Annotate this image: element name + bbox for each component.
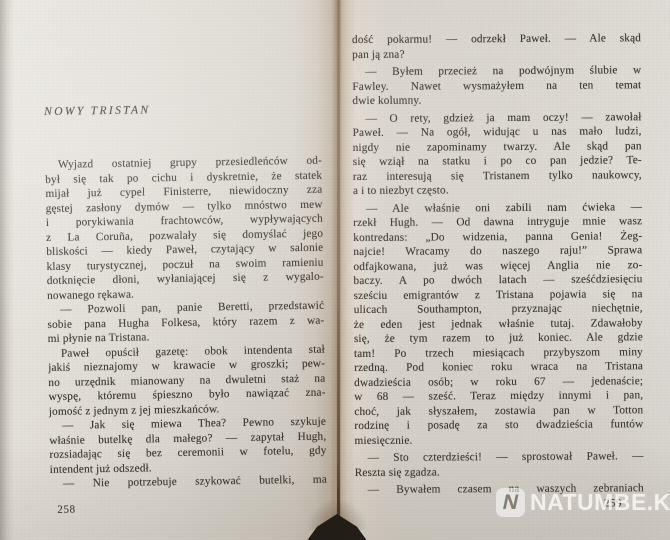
photo-left-edge-shadow — [0, 0, 14, 540]
paragraph: — O rety, gdzież ja mam oczy! — zawołałP… — [352, 110, 642, 199]
page-number-left: 258 — [57, 504, 75, 516]
text-line: baczy. A po dwóch latach — sześćdziesięc… — [353, 272, 642, 288]
paragraph: Paweł opuścił gazetę: obok intendenta st… — [48, 342, 326, 419]
paragraph: Wyjazd ostatniej grupy przesiedleńców od… — [45, 154, 324, 303]
text-line: — Byłem przecież na podwójnym ślubie w — [352, 63, 641, 79]
text-line: w 68 — sześć. Teraz między innymi i pan, — [354, 388, 643, 404]
watermark: N NATUMBE.KZ — [496, 488, 670, 517]
book-photo: NOWY TRISTAN Wyjazd ostatniej grupy prze… — [0, 0, 670, 540]
text-line: pan ją zna? — [352, 46, 641, 62]
text-line: Reszta się zgadza. — [355, 464, 644, 480]
text-line: Paweł. — Na ogół, widując u nas mało lud… — [353, 124, 642, 140]
paragraph: — Ale właśnie oni zabili nam ćwieka —rze… — [353, 200, 644, 448]
text-line: ulicach Southampton, przyznając niechętn… — [354, 301, 643, 317]
text-line: — Sto czterdzieści! — sprostował Paweł. … — [355, 449, 644, 465]
text-line: Fawley. Nawet wysmażyłem na ten temat — [352, 78, 641, 94]
text-line: miesięcznie. — [354, 432, 643, 448]
text-line: najcie! Wracamy do naszego raju!” Sprawa — [353, 243, 642, 259]
right-page-paragraphs: dość pokarmu! — odrzekł Paweł. — Ale ską… — [352, 31, 644, 497]
gutter-crease-line — [337, 0, 340, 540]
right-page-text-block: dość pokarmu! — odrzekł Paweł. — Ale ską… — [352, 31, 644, 497]
text-line: dwie kolumny. — [352, 92, 641, 108]
text-line: rzekł Hugh. — Od dawna intryguje mnie wa… — [353, 214, 642, 230]
paragraph: — Byłem przecież na podwójnym ślubie wFa… — [352, 63, 641, 108]
paragraph: — Jak się miewa Thea? Pewno szykujewłaśn… — [49, 415, 327, 477]
paragraph: — Sto czterdzieści! — sprostował Paweł. … — [355, 449, 644, 480]
chapter-title: NOWY TRISTAN — [44, 100, 321, 119]
watermark-text: NATUMBE.KZ — [530, 489, 670, 516]
text-line: się, że tym razem to już koniec. Ale gdz… — [354, 330, 643, 346]
text-line: raz interesują się Tristanem tylko nauko… — [353, 168, 642, 184]
text-line: się wziął na statku i po co pan jedzie? … — [353, 153, 642, 169]
text-line: dość pokarmu! — odrzekł Paweł. — Ale ską… — [352, 31, 641, 47]
natumbe-logo-letter: N — [501, 492, 521, 513]
left-page-paragraphs: Wyjazd ostatniej grupy przesiedleńców od… — [45, 154, 327, 492]
text-line: rodzinę i posadę za sto dwadzieścia funt… — [354, 417, 643, 433]
text-line: rzedną. Pod koniec roku wraca na Tristan… — [354, 359, 643, 375]
natumbe-logo-icon: N — [496, 488, 525, 517]
left-page-text-block: NOWY TRISTAN Wyjazd ostatniej grupy prze… — [44, 100, 327, 492]
text-line: a i to niezbyt często. — [353, 182, 642, 198]
paragraph: — Pozwoli pan, panie Beretti, przedstawi… — [47, 299, 325, 347]
paragraph: dość pokarmu! — odrzekł Paweł. — Ale ską… — [352, 31, 641, 62]
